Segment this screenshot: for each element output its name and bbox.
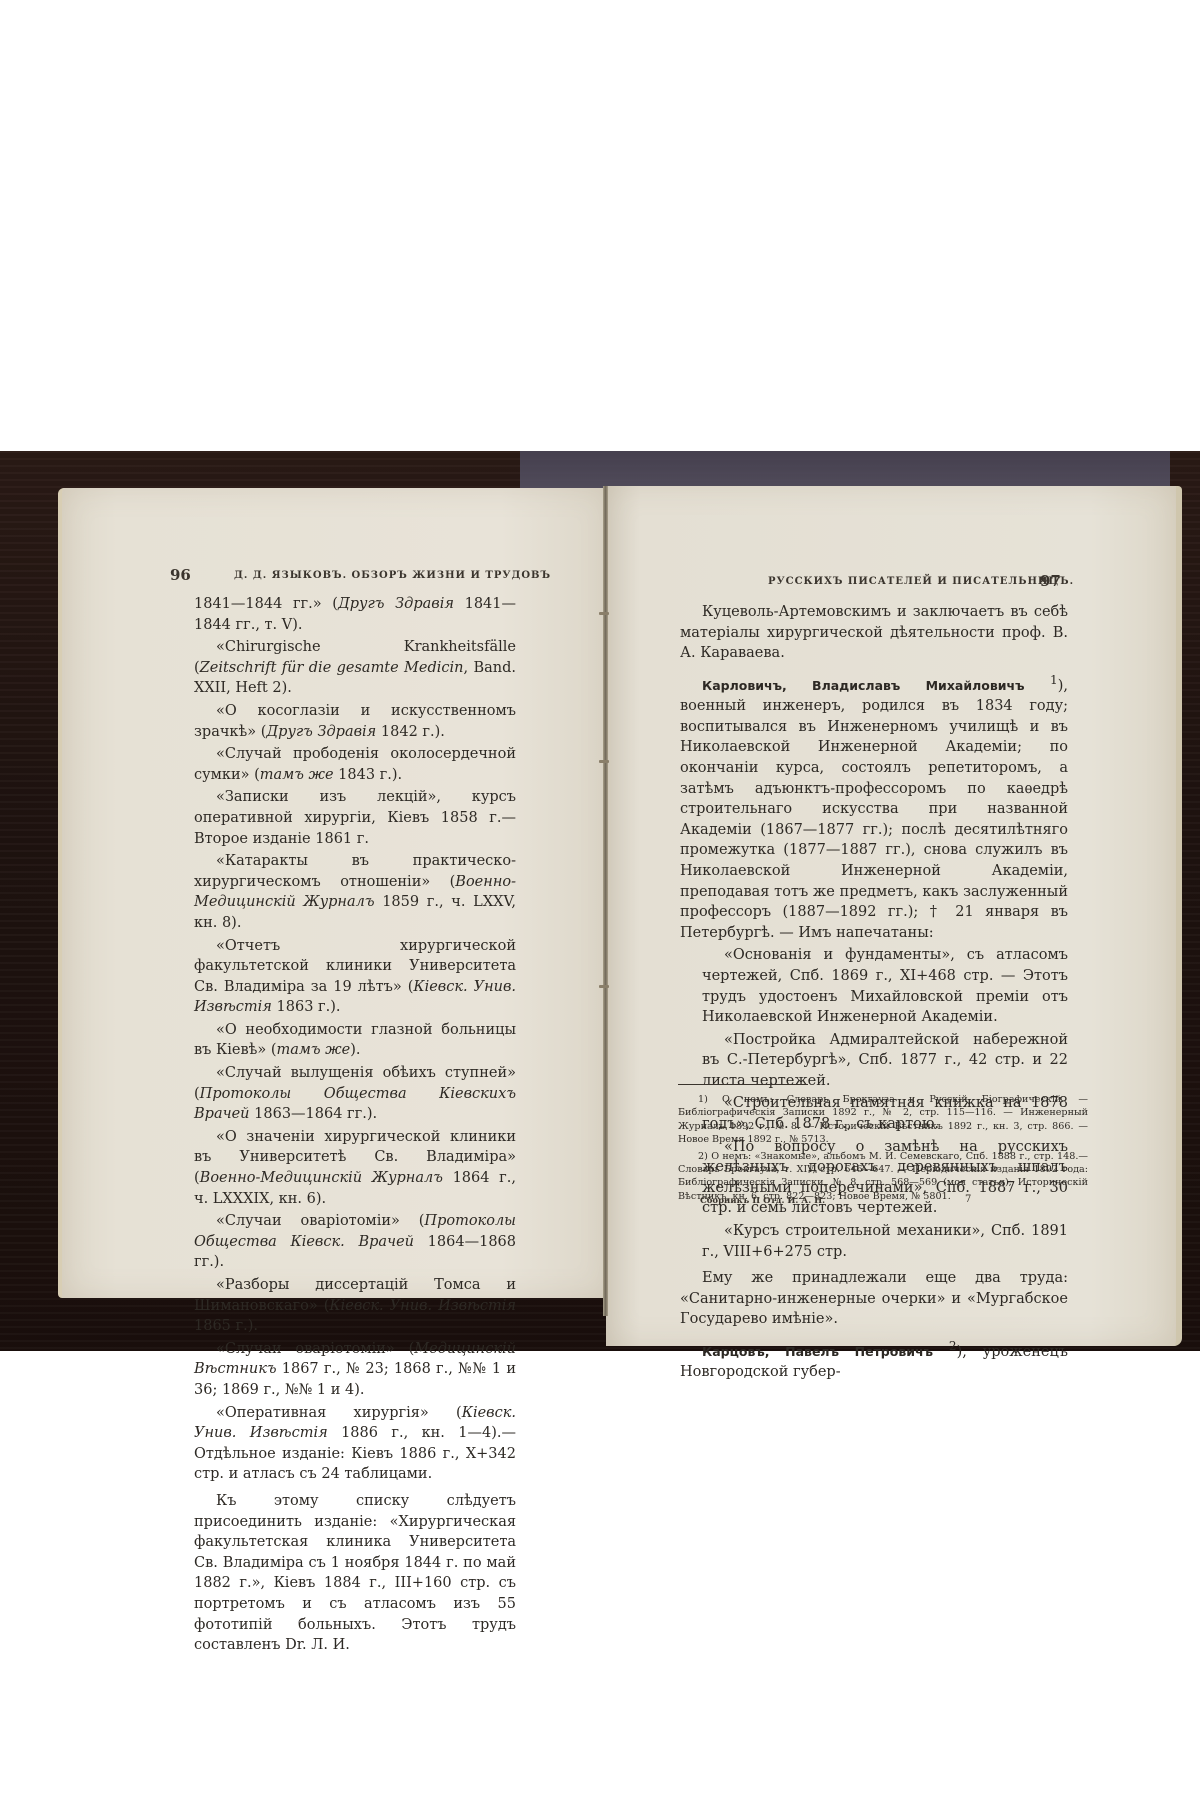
addendum-paragraph: Ему же принадлежали еще два труда: «Сани… [680, 1268, 1068, 1330]
bibliography-entry: «Случай вылущенія обѣихъ ступней» (Прото… [194, 1063, 516, 1125]
left-page-number: 96 [170, 566, 191, 584]
footnote-1: 1) О немъ: Словарь Брокгауза и Русскій Б… [678, 1093, 1088, 1147]
bibliography-entry: «Случай прободенія околосердечной сумки»… [194, 744, 516, 785]
binding-stitch [599, 612, 609, 615]
bibliography-entry: «Отчетъ хирургической факультетской клин… [194, 936, 516, 1018]
biography-entry-karlovich: Карловичъ, Владиславъ Михайловичъ 1), во… [680, 670, 1068, 944]
binding-stitch [599, 760, 609, 763]
bibliography-entry: «Записки изъ лекцій», курсъ оперативной … [194, 787, 516, 849]
footnote-rule [678, 1084, 808, 1085]
entry-name: Карловичъ, Владиславъ Михайловичъ [702, 678, 1024, 693]
work-item: «Курсъ строительной механики», Спб. 1891… [680, 1221, 1068, 1262]
binding-stitch [599, 985, 609, 988]
biography-entry-kartsov: Карцовъ, Павелъ Петровичъ 2), уроженецъ … [680, 1336, 1068, 1383]
entry-bio: ), военный инженеръ, родился въ 1834 год… [680, 678, 1068, 941]
right-running-head: РУССКИХЪ ПИСАТЕЛЕЙ И ПИСАТЕЛЬНИЦЪ. [768, 576, 1074, 587]
continuation-paragraph: Куцеволь-Артемовскимъ и заключаетъ въ се… [680, 602, 1068, 664]
book-gutter [603, 486, 608, 1316]
footnotes: 1) О немъ: Словарь Брокгауза и Русскій Б… [678, 1093, 1088, 1206]
footnote-ref: 1 [1050, 673, 1058, 687]
right-page-number: 97 [1040, 572, 1061, 590]
printers-signature: Сборникъ II Отд. И. А. Н. [700, 1196, 825, 1206]
sheet-number: 7 [965, 1194, 971, 1205]
bibliography-entry: «Случаи оваріотоміи» (Медицинскій Вѣстни… [194, 1339, 516, 1401]
bibliography-entry: «О косоглазіи и искусственномъ зрачкѣ» (… [194, 701, 516, 742]
closing-paragraph: Къ этому списку слѣдуетъ присоединить из… [194, 1491, 516, 1656]
work-item: «Основанія и фундаменты», съ атласомъ че… [680, 945, 1068, 1027]
entry-name: Карцовъ, Павелъ Петровичъ [702, 1344, 933, 1359]
bibliography-entry: «Оперативная хирургія» (Кіевск. Унив. Из… [194, 1403, 516, 1485]
bibliography-entry: «Катаракты въ практическо-хирургическомъ… [194, 851, 516, 933]
left-running-head: Д. Д. ЯЗЫКОВЪ. ОБЗОРЪ ЖИЗНИ И ТРУДОВЪ [234, 570, 551, 581]
footnote-ref: 2 [949, 1339, 957, 1353]
bibliography-entry: «Chirurgische Krankheitsfälle (Zeitschri… [194, 637, 516, 699]
work-item: «Постройка Адмиралтейской набережной въ … [680, 1030, 1068, 1092]
bibliography-entry: «Разборы диссертацій Томса и Шимановскаг… [194, 1275, 516, 1337]
bibliography-entry: 1841—1844 гг.» (Другъ Здравія 1841—1844 … [194, 594, 516, 635]
bibliography-entry: «О значеніи хирургической клиники въ Уни… [194, 1127, 516, 1209]
right-page-body: Куцеволь-Артемовскимъ и заключаетъ въ се… [680, 602, 1068, 1385]
left-page-body: 1841—1844 гг.» (Другъ Здравія 1841—1844 … [194, 594, 516, 1658]
bibliography-entry: «Случаи оваріотоміи» (Протоколы Общества… [194, 1211, 516, 1273]
bibliography-entry: «О необходимости глазной больницы въ Кіе… [194, 1020, 516, 1061]
